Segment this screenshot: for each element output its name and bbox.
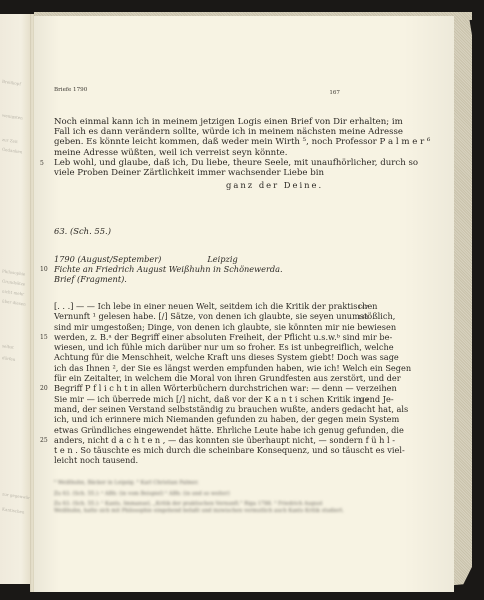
footnote: Zu 63. (Sch. 55.): ¹ Kants, Immanuel, „K… <box>54 501 350 514</box>
text-line: 15werden, z. B.ᵃ der Begriff einer absol… <box>54 332 350 342</box>
footnotes-blurred: ⁵ Weißhuhn, Bäcker in Leipzig. ⁶ Karl Ch… <box>54 480 350 518</box>
line-number: 5 <box>40 159 44 169</box>
text-line: [. . .] — — Ich lebe in einer neuen Welt… <box>54 301 350 311</box>
facing-page-text: wenigsten <box>2 113 23 121</box>
line-number: 25 <box>40 436 48 446</box>
text-line: sind mir umgestoßen; Dinge, von denen ic… <box>54 322 350 332</box>
facing-page-text: Philosophie <box>2 268 26 276</box>
line-number: 15 <box>40 333 48 343</box>
book-page: Briefe 1790 167 Noch einmal kann ich in … <box>34 16 454 592</box>
facing-page-text: Breitkopf <box>2 79 21 87</box>
facing-page-text: zur Zeit <box>2 137 18 144</box>
letter-body-block: [. . .] — — Ich lebe in einer neuen Welt… <box>54 301 350 466</box>
entry-date: 1790 (August/September) <box>54 254 161 264</box>
entry-date-place: 1790 (August/September)Leipzig <box>54 254 283 264</box>
text-line: leicht noch tausend. <box>54 455 350 465</box>
text-line: mand, der seinen Verstand selbstständig … <box>54 404 350 414</box>
text-line: 20Begriff P f l i c h t in allen Wörterb… <box>54 383 350 393</box>
letter-closing: ganz der Deine. <box>54 180 350 190</box>
text-line: ich das Ihnen ², der Sie es längst werde… <box>54 363 350 373</box>
text-line: Vernunft ¹ gelesen habe. [/] Sätze, von … <box>54 311 350 321</box>
facing-page-text: über diesen <box>2 298 26 306</box>
facing-page-text: Kantischen <box>2 506 25 514</box>
text-line: meine Adresse wüßten, weil ich verreist … <box>54 148 350 158</box>
entry-place: Leipzig <box>207 254 237 264</box>
entry-sender-recipient: 10Fichte an Friedrich August Weißhuhn in… <box>54 264 283 274</box>
text-line: Sie mir — ich überrede mich [/] nicht, d… <box>54 394 350 404</box>
text-line: wiesen, und ich fühle mich darüber nur u… <box>54 342 350 352</box>
text-line: ich, und ich erinnere mich Niemanden gef… <box>54 414 350 424</box>
footnote: Zu 63. (Sch. 55.): ᵃ ABh: (in vom Beispi… <box>54 491 350 498</box>
running-head: Briefe 1790 167 <box>54 85 334 95</box>
text-line: Fall ich es dann verändern sollte, würde… <box>54 127 350 137</box>
running-head-title: Briefe 1790 <box>54 87 87 93</box>
entry-meta: 1790 (August/September)Leipzig 10Fichte … <box>54 254 283 284</box>
text-line: etwas Gründliches eingewendet hätte. Ehr… <box>54 425 350 435</box>
text-line: viele Proben Deiner Zärtlichkeit immer w… <box>54 168 350 178</box>
page-number: 167 <box>329 88 340 98</box>
facing-page-text: nicht mehr <box>2 288 25 296</box>
entry-type: Brief (Fragment). <box>54 274 283 284</box>
line-number: 10 <box>40 265 48 275</box>
text-line: für ein Zeitalter, in welchem die Moral … <box>54 373 350 383</box>
facing-page-text: dürfen <box>2 355 16 362</box>
facing-page-edge: Breitkopf wenigsten zur Zeit Gedanken Ph… <box>0 14 30 584</box>
facing-page-text: Grundsätze <box>2 278 26 286</box>
line-number: 20 <box>40 384 48 394</box>
text-line: 25anders, nicht d a c h t e n , — das ko… <box>54 435 350 445</box>
text-line: Noch einmal kann ich in meinem jetzigen … <box>54 117 350 127</box>
entry-heading: 63. (Sch. 55.) <box>54 226 111 236</box>
facing-page-text: Gedanken <box>2 147 23 155</box>
footnote: ⁵ Weißhuhn, Bäcker in Leipzig. ⁶ Karl Ch… <box>54 480 350 487</box>
letter-end-block: Noch einmal kann ich in meinem jetzigen … <box>54 117 350 190</box>
text-line: t e n . So täuschte es mich durch die sc… <box>54 445 350 455</box>
text-line: Achtung für die Menschheit, welche Kraft… <box>54 352 350 362</box>
facing-page-text: selbst <box>2 343 15 350</box>
text-line: 5Leb wohl, und glaube, daß ich, Du liebe… <box>54 158 350 168</box>
text-line: geben. Es könnte leicht kommen, daß wede… <box>54 137 350 147</box>
